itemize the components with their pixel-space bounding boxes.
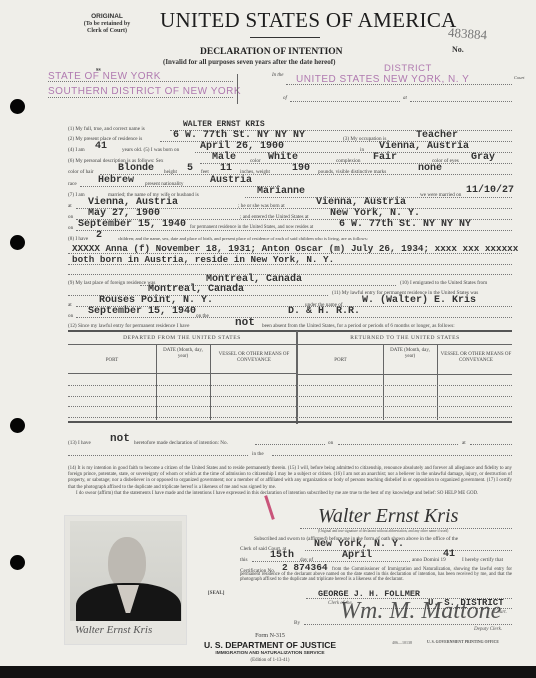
prior-label: (13) I have [68, 440, 91, 446]
spouse-birth-date-value: May 27, 1900 [88, 208, 160, 219]
entry-date-value: September 15, 1940 [88, 306, 196, 317]
portrait-head [108, 537, 146, 589]
venue-line [48, 97, 233, 98]
married-status-label: (7) I am [68, 192, 85, 198]
prior-in-the-label: in the [252, 451, 264, 457]
spouse-residence-value: 6 W. 77th St. NY NY NY [339, 219, 471, 230]
hair-value: Blonde [118, 163, 154, 174]
this-label: this [240, 557, 248, 563]
entry-at-label: at [68, 302, 72, 308]
entry-name-value: W. (Walter) E. Kris [362, 295, 476, 306]
of-label: of [283, 96, 287, 101]
title-rule [250, 37, 320, 38]
service-name: IMMIGRATION AND NATURALIZATION SERVICE [180, 651, 360, 656]
sex-value: Male [212, 152, 236, 163]
anno-label: anno Domini 19 [412, 557, 446, 563]
col-vessel-departed: VESSEL OR OTHER MEANS OF CONVEYANCE [214, 352, 294, 364]
birth-place-value: Vienna, Austria [379, 141, 469, 152]
photo-signature: Walter Ernst Kris [75, 624, 152, 636]
declarant-signature: Walter Ernst Kris [318, 505, 458, 528]
col-vessel-returned: VESSEL OR OTHER MEANS OF CONVEYANCE [440, 352, 512, 364]
of-line [290, 101, 400, 102]
race-value: Hebrew [98, 175, 134, 186]
signature-caption: (Original and true signature of declaran… [318, 529, 448, 533]
full-name-label: (1) My full, true, and correct name is [68, 126, 145, 132]
full-name-value: WALTER ERNST KRIS [183, 120, 265, 129]
table-col-divider [156, 344, 157, 420]
edition-note: (Edition of 1-13-41) [210, 658, 330, 663]
children-count-label: (8) I have [68, 236, 88, 242]
emigrated-from-value: Montreal, Canada [148, 284, 244, 295]
table-row [68, 385, 512, 386]
col-port-departed: PORT [68, 358, 156, 364]
by-label: By [294, 620, 300, 626]
hole-punch [10, 99, 25, 114]
court-stamp-top: DISTRICT [384, 63, 432, 74]
married-on-value: 11/10/27 [466, 185, 514, 196]
field-line [304, 624, 512, 625]
table-rule [68, 344, 296, 345]
department-name: U. S. DEPARTMENT OF JUSTICE [195, 640, 345, 650]
deputy-signature: Wm. M. Mattone [340, 598, 501, 625]
oath-paragraph: (14) It is my intention in good faith to… [68, 466, 512, 491]
table-col-divider [383, 344, 384, 420]
scan-bottom-edge [0, 666, 536, 678]
field-line [305, 550, 512, 551]
prior-on-label: on [328, 440, 333, 446]
absence-label: (12) Since my lawful entry for permanent… [68, 323, 189, 329]
field-line [255, 444, 325, 445]
spouse-entry-place-value: New York, N. Y. [330, 208, 420, 219]
on-the-label: on the [196, 313, 209, 319]
field-line [100, 174, 512, 175]
table-col-divider [437, 344, 438, 420]
entry-on-label: on [68, 313, 73, 319]
departed-header: DEPARTED FROM THE UNITED STATES [68, 335, 296, 341]
month-value: April [342, 550, 372, 561]
document-number: 483884 [447, 25, 487, 44]
day-value: 15th [270, 550, 294, 561]
field-line [470, 444, 512, 445]
certify-label: I hereby certify that [462, 557, 503, 563]
married-at-value: Vienna, Austria [88, 197, 178, 208]
absence-status-value: not [235, 317, 255, 329]
venue-line [48, 81, 233, 82]
district-stamp: SOUTHERN DISTRICT OF NEW YORK [48, 86, 241, 97]
returned-header: RETURNED TO THE UNITED STATES [298, 335, 512, 341]
col-date-departed: DATE (Month, day, year) [158, 348, 208, 360]
birth-date-value: April 26, 1900 [200, 141, 284, 152]
field-line [76, 230, 512, 231]
marks-value: none [418, 163, 442, 174]
table-row [68, 406, 512, 407]
form-number: Form N-315 [200, 633, 340, 639]
table-row [68, 396, 512, 397]
married-at-label: at [68, 203, 72, 209]
height-in-value: 11 [220, 163, 232, 174]
table-col-divider [210, 344, 211, 420]
in-the-label: In the [272, 73, 284, 78]
court-label: Court [514, 75, 525, 80]
declarant-photo: Walter Ernst Kris [64, 515, 187, 645]
at-line [410, 101, 512, 102]
print-code: 406—10138 [392, 640, 412, 645]
table-rule [68, 373, 296, 374]
color-value: White [268, 152, 298, 163]
nationality-value: Austria [210, 175, 252, 186]
declaration-document: ORIGINAL (To be retained by Clerk of Cou… [0, 0, 536, 666]
prior-status-value: not [110, 433, 130, 445]
cert-text: from the Commissioner of Immigration and… [240, 567, 512, 583]
field-line [200, 163, 512, 164]
venue-bracket [237, 74, 238, 104]
table-rule [298, 374, 512, 375]
spouse-value: Marianne [257, 186, 305, 197]
children-count-value: 2 [96, 230, 102, 241]
printing-office: U. S. GOVERNMENT PRINTING OFFICE [427, 640, 499, 644]
prior-rest-label: heretofore made declaration of intention… [134, 440, 228, 446]
clerk-at-value: New York, N. Y. [314, 539, 404, 550]
original-note-2: Clerk of Court) [66, 28, 148, 34]
race-label: race [68, 181, 77, 187]
children-label: children; and the name, sex, date and pl… [118, 236, 368, 241]
no-label: No. [452, 45, 464, 54]
entry-place-value: Rouses Point, N. Y. [99, 295, 213, 306]
field-line [68, 264, 512, 265]
original-label: ORIGINAL [72, 13, 142, 20]
hole-punch [10, 418, 25, 433]
col-port-returned: PORT [298, 358, 383, 364]
year-value: 41 [443, 549, 455, 560]
court-line [286, 84, 512, 85]
spouse-birthplace-value: Vienna, Austria [316, 197, 406, 208]
emigrated-label: (10) I emigrated to the United States fr… [400, 280, 487, 286]
swear-paragraph: I do swear (affirm) that the statements … [68, 491, 512, 497]
at-label: at [403, 96, 407, 101]
document-title: UNITED STATES OF AMERICA [160, 8, 457, 33]
hole-punch [10, 555, 25, 570]
validity-note: (Invalid for all purposes seven years af… [163, 58, 335, 66]
hair-label: color of hair [68, 169, 94, 175]
seal-label: [SEAL] [208, 591, 224, 596]
field-line [195, 152, 512, 153]
field-line [252, 561, 410, 562]
table-bottom-rule [68, 421, 512, 423]
table-row [68, 417, 512, 418]
birth-label: years old. (5) I was born on [122, 147, 179, 153]
table-rule [298, 344, 512, 345]
field-line [68, 455, 248, 456]
age-label: (4) I am [68, 147, 85, 153]
height-ft-value: 5 [187, 163, 193, 174]
spouse-entry-on-label: on [68, 225, 73, 231]
portrait-image [70, 521, 182, 621]
spouse-entry-date-value: September 15, 1940 [78, 219, 186, 230]
conveyance-value: D. & H. R.R. [288, 306, 360, 317]
field-line [80, 186, 280, 187]
check-mark [264, 495, 275, 520]
document-subtitle: DECLARATION OF INTENTION [200, 47, 343, 57]
spouse-born-on-label: on [68, 214, 73, 220]
deputy-label: Deputy Clerk. [474, 627, 502, 632]
complexion-value: Fair [373, 152, 397, 163]
field-line [76, 317, 512, 318]
original-note-1: (To be retained by [66, 21, 148, 27]
col-date-returned: DATE (Month, day, year) [385, 348, 435, 360]
weight-value: 190 [292, 163, 310, 174]
age-value: 41 [95, 141, 107, 152]
table-top-rule [68, 330, 512, 332]
prior-at-label: at [462, 440, 466, 446]
occupation-value: Teacher [416, 130, 458, 141]
hole-punch [10, 235, 25, 250]
field-line [338, 444, 458, 445]
eyes-value: Gray [471, 152, 495, 163]
absence-rest-label: been absent from the United States, for … [262, 323, 455, 329]
field-line [272, 455, 512, 456]
residence-value: 6 W. 77th St. NY NY NY [173, 130, 305, 141]
